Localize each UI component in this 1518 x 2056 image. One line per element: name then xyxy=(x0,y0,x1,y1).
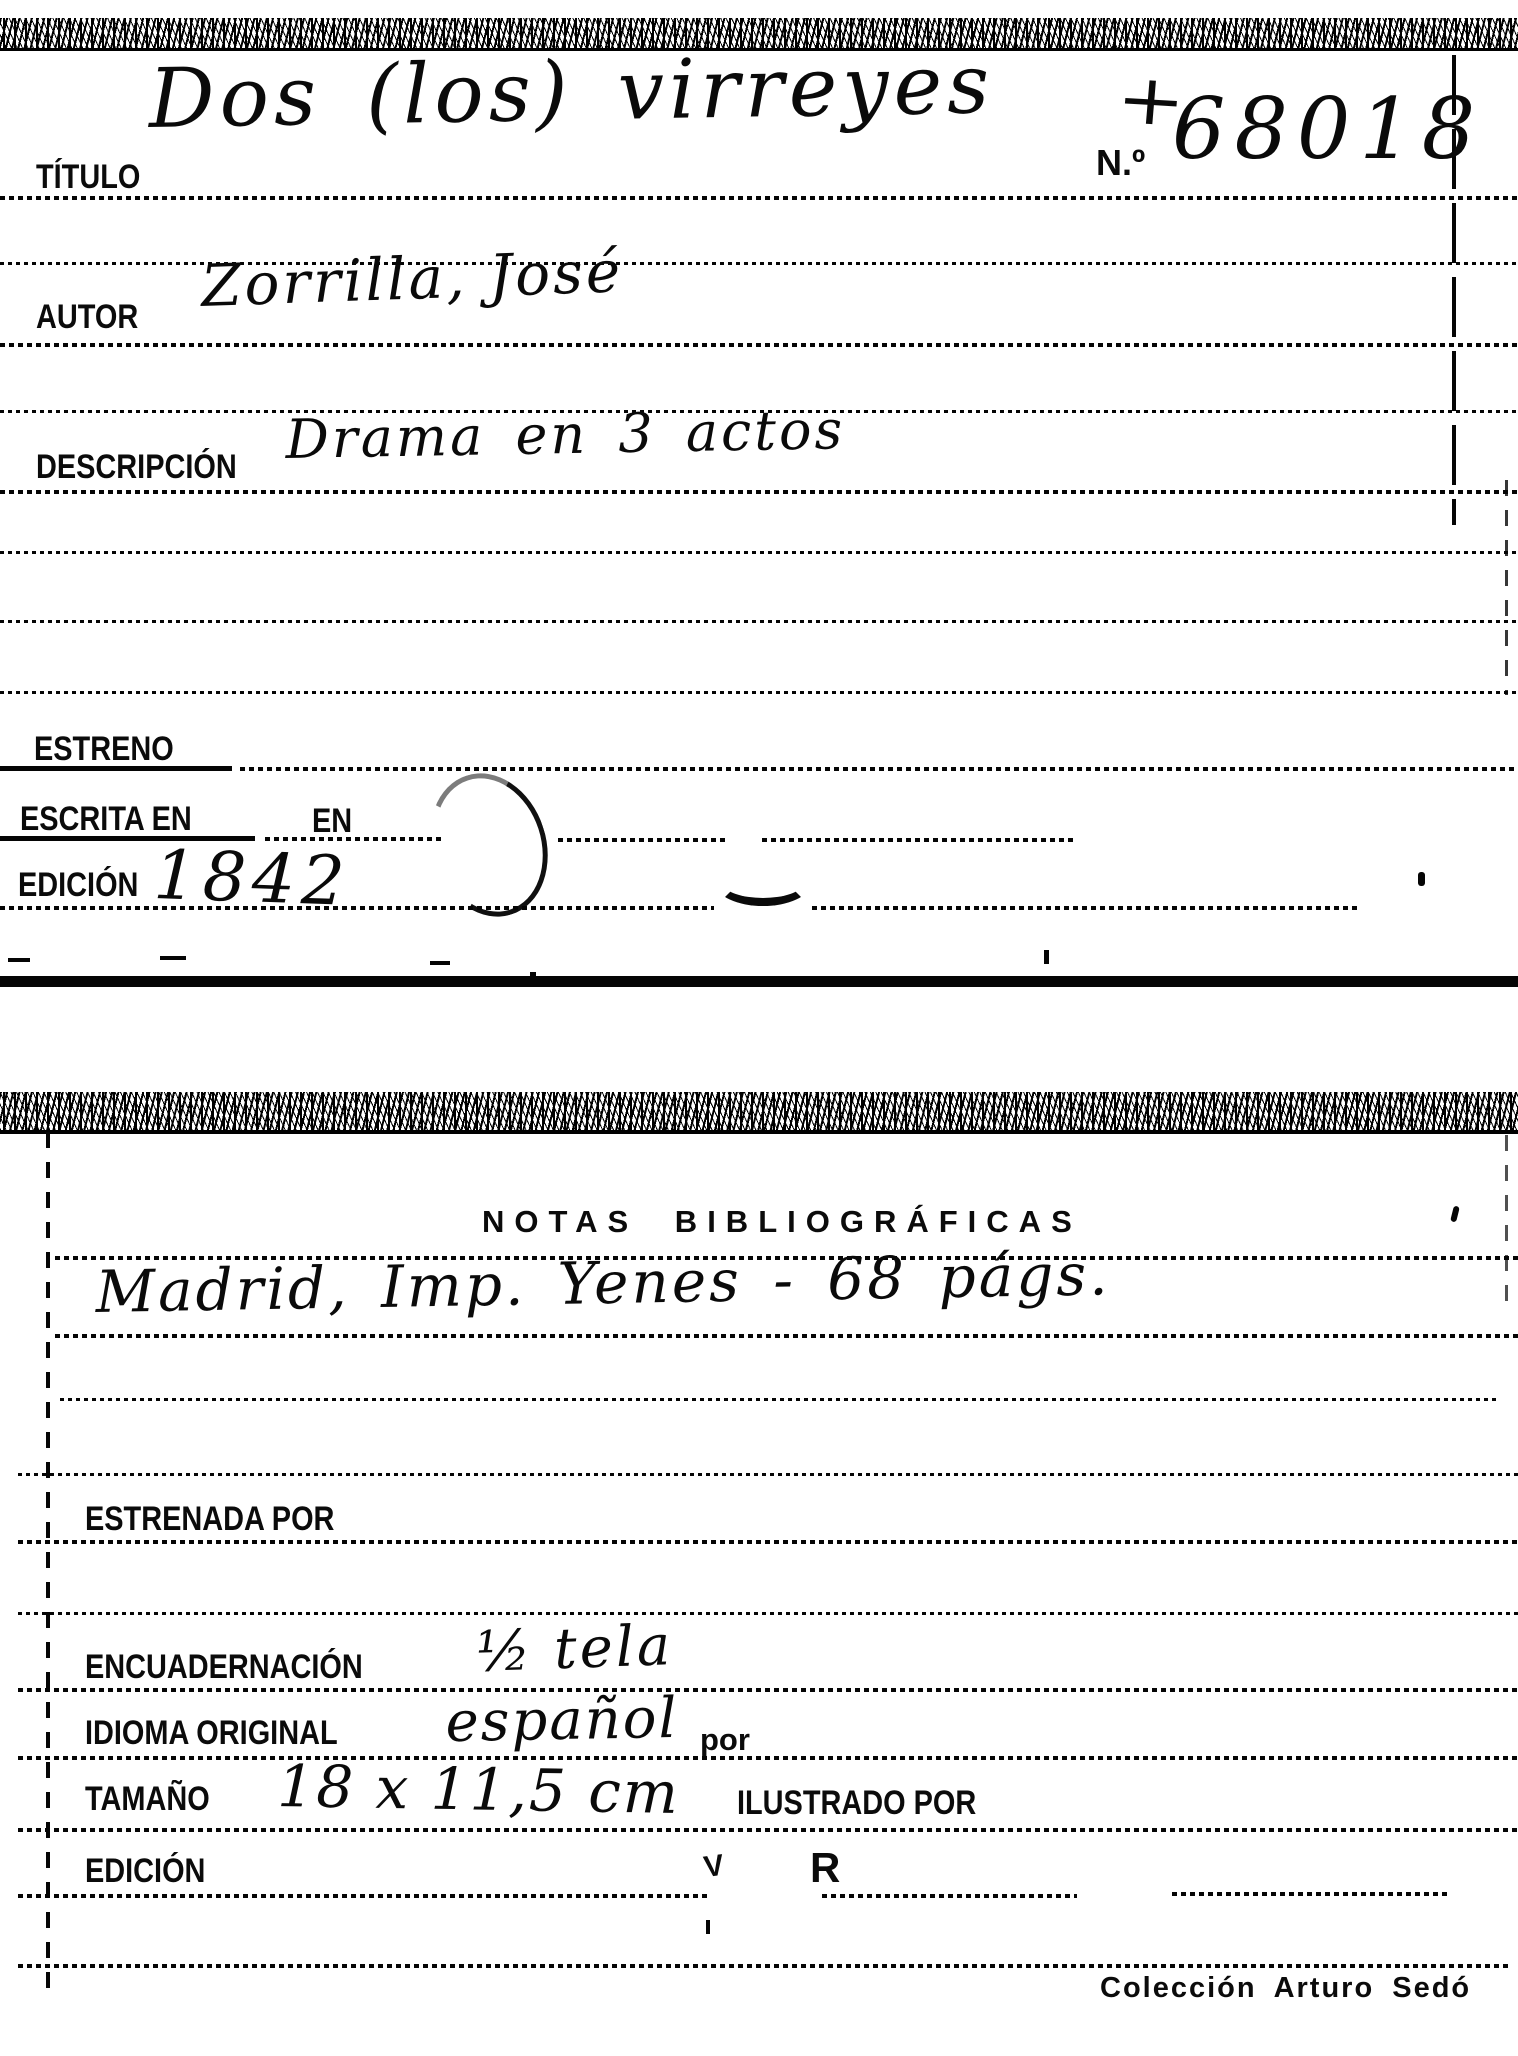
notas-value: Madrid, Imp. Yenes - 68 págs. xyxy=(95,1240,1111,1326)
ruled-line xyxy=(18,1828,1518,1832)
ink-swoosh-mark xyxy=(716,862,810,906)
edicion-label: EDICIÓN xyxy=(18,866,138,905)
ruled-line xyxy=(18,1688,1518,1692)
bottom-card-torn-edge xyxy=(0,1092,1518,1134)
ruled-line xyxy=(18,1756,1518,1760)
collection-footer: Colección Arturo Sedó xyxy=(1100,1972,1471,2005)
ruled-line xyxy=(18,1964,1508,1968)
ruled-line xyxy=(812,906,1360,910)
stray-mark xyxy=(1044,950,1049,964)
ruled-line xyxy=(0,343,1518,347)
ruled-line xyxy=(0,620,1518,623)
ruled-line xyxy=(0,766,232,771)
ruled-line xyxy=(0,906,714,910)
pen-check-mark: V xyxy=(702,1849,727,1885)
ruled-line xyxy=(762,838,1077,842)
edicion-bottom-label: EDICIÓN xyxy=(85,1852,205,1891)
stray-mark xyxy=(8,958,30,962)
encuadernacion-value: ½ tela xyxy=(475,1613,674,1685)
idioma-original-label: IDIOMA ORIGINAL xyxy=(85,1714,338,1753)
autor-value: Zorrilla, José xyxy=(200,237,624,320)
idioma-original-value: español xyxy=(445,1686,679,1755)
ruled-line xyxy=(0,196,1518,200)
top-card-right-edge-dashes xyxy=(1505,480,1508,695)
ruled-line xyxy=(822,1894,1077,1898)
card-separator-bar xyxy=(0,976,1518,987)
tamano-label: TAMAÑO xyxy=(85,1780,210,1819)
ruled-line xyxy=(240,767,1518,771)
escrita-en-label: ESCRITA EN xyxy=(20,800,192,839)
ruled-line xyxy=(0,490,1518,494)
ruled-line xyxy=(55,1334,1518,1338)
stray-mark xyxy=(160,956,186,960)
descripcion-label: DESCRIPCIÓN xyxy=(36,448,237,487)
stray-mark xyxy=(1450,1206,1460,1223)
bottom-card-right-edge-dashes xyxy=(1505,1135,1508,1315)
numero-value: 68018 xyxy=(1172,80,1484,178)
ruled-line xyxy=(18,1612,1518,1615)
r-mark: R xyxy=(810,1844,840,1892)
titulo-label: TÍTULO xyxy=(36,158,140,197)
numero-label: N.º xyxy=(1096,142,1145,184)
autor-label: AUTOR xyxy=(36,298,138,337)
estrenada-por-label: ESTRENADA POR xyxy=(85,1500,334,1539)
ruled-line xyxy=(60,1398,1500,1401)
en-label: EN xyxy=(312,802,352,841)
ruled-line xyxy=(0,551,1518,554)
ilustrado-por-label: ILUSTRADO POR xyxy=(737,1784,976,1823)
stray-mark xyxy=(430,961,450,965)
stray-mark xyxy=(1418,872,1425,886)
por-label: por xyxy=(700,1722,750,1758)
titulo-value: Dos (los) virreyes xyxy=(148,37,995,147)
ruled-line xyxy=(1172,1892,1447,1896)
catalog-card-scan: TÍTULO Dos (los) virreyes + N.º 68018 AU… xyxy=(0,0,1518,2056)
encuadernacion-label: ENCUADERNACIÓN xyxy=(85,1648,363,1687)
descripcion-value: Drama en 3 actos xyxy=(285,398,846,471)
stray-mark xyxy=(706,1920,710,1934)
ruled-line xyxy=(18,1894,710,1898)
ruled-line xyxy=(558,838,728,842)
ruled-line xyxy=(18,1540,1518,1544)
ruled-line xyxy=(0,691,1518,694)
ruled-line xyxy=(18,1473,1518,1476)
tamano-value: 18 x 11,5 cm xyxy=(277,1752,681,1827)
bottom-card-left-border xyxy=(46,1132,50,1988)
notas-header: NOTAS BIBLIOGRÁFICAS xyxy=(482,1204,1082,1240)
estreno-label: ESTRENO xyxy=(34,730,174,769)
